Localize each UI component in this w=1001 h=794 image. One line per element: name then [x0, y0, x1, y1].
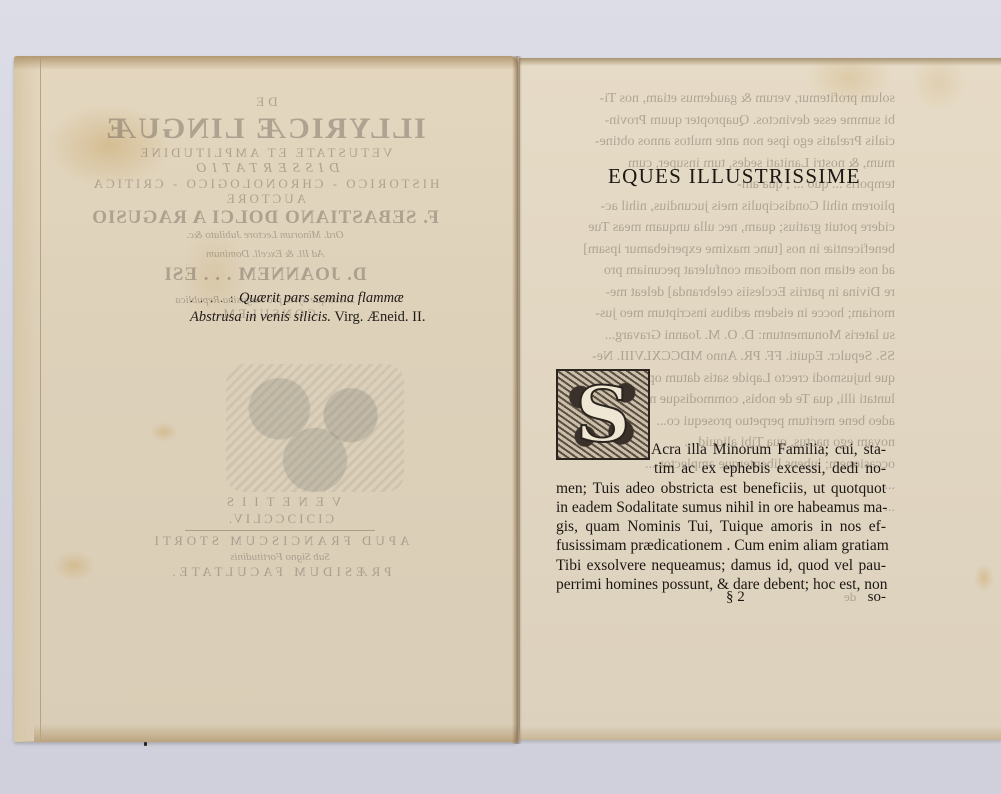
bleed-through-ornament	[226, 364, 404, 492]
bleed-rule	[185, 530, 375, 531]
quote-source: Virg. Æneid. II.	[334, 309, 425, 325]
catchword: so-	[868, 589, 886, 606]
quote-line-1: Quærit pars semina flammæ	[239, 290, 404, 306]
signature-mark: § 2	[726, 589, 745, 606]
open-book: DE ILLYRICÆ LINGUÆ VETUSTATE ET AMPLITUD…	[0, 0, 1001, 794]
bleed-line: VENETIIS	[110, 494, 450, 511]
bleed-line: moriam; hocce in eisdem ædibus inscriptu…	[565, 303, 895, 325]
bleed-line: DISSERTATIO	[85, 161, 445, 177]
bleed-line: SS. Sepulcr. Equiti. FF. PR. Anno MDCCXL…	[565, 346, 895, 368]
bleed-line: VETUSTATE ET AMPLITUDINE	[85, 146, 445, 161]
body-line: gis, quam Nominis Tui, Tuique amoris in …	[556, 517, 886, 536]
body-line: in eadem Sodalitate sumus nihil in ore h…	[556, 498, 886, 517]
body-line: fusissimam prædicationem . Cum enim alia…	[556, 536, 886, 555]
bleed-line: DE	[85, 95, 445, 110]
bleed-catchword: de	[844, 589, 856, 605]
bleed-line: HISTORICO - CHRONOLOGICO - CRITICA	[85, 177, 445, 192]
dedication-heading: EQUES ILLUSTRISSIME	[608, 164, 861, 189]
bleed-line: cidere potuit gratius; quam, nec ulla un…	[565, 217, 895, 239]
left-page-worn-edge	[34, 724, 518, 742]
bleed-line: Sub Signo Fortitudinis	[110, 550, 450, 564]
bleed-line: CIƆIƆCCLIV.	[110, 511, 450, 528]
bleed-line: beneficentiæ in nos [tunc maxime experie…	[565, 239, 895, 261]
virgil-quotation: . . . . : Quærit pars semina flammæ Abst…	[190, 289, 425, 327]
bleed-line: bi summe esse devinctos. Quapropter quum…	[565, 110, 895, 132]
ink-speck	[144, 742, 147, 746]
bleed-line: re Divina in patriis Ecclesiis celebrand…	[565, 282, 895, 304]
book-gutter	[512, 56, 522, 744]
bleed-line: pliorem nihil Condiscipulis meis jucundi…	[565, 196, 895, 218]
body-line: Acra illa Minorum Familia; cui, sta-	[556, 440, 886, 459]
bleed-line: F. SEBASTIANO DOLCI A RAGUSIO	[85, 207, 445, 229]
body-line: tim ac ex ephebis excessi, dedi no-	[556, 459, 886, 478]
bleed-line: AUCTORE	[85, 192, 445, 207]
bleed-line: solum profitemur, verum & gaudemus etiam…	[565, 88, 895, 110]
bleed-through-title-page: DE ILLYRICÆ LINGUÆ VETUSTATE ET AMPLITUD…	[85, 95, 445, 322]
dedication-body: Acra illa Minorum Familia; cui, sta- tim…	[556, 440, 886, 594]
bleed-line: ad nos etiam non modicam confulerat pecu…	[565, 260, 895, 282]
bleed-line: D. JOANNEM . . . ESI	[85, 264, 445, 286]
page-footer: § 2 de so-	[556, 589, 886, 607]
ellipsis-dots: . . . . :	[190, 291, 235, 305]
bleed-line: Ad Ill. & Excell. Dominum	[85, 248, 445, 261]
right-page-worn-edge	[519, 726, 1001, 740]
bleed-line: su lateris Monumentum: D. O. M. Joanni G…	[565, 325, 895, 347]
bleed-line: Ord. Minorum Lectore Jubilato &c.	[85, 229, 445, 242]
bleed-line: PRÆSIDUM FACULTATE.	[110, 564, 450, 581]
bleed-line: ILLYRICÆ LINGUÆ	[85, 112, 445, 147]
bleed-line: cialis Prælatis ego ipse non ante multos…	[565, 131, 895, 153]
body-line: Tibi exsolvere nequeamus; damus id, quod…	[556, 556, 886, 575]
bleed-through-imprint: VENETIIS CIƆIƆCCLIV. APUD FRANCISCUM STO…	[110, 494, 450, 581]
quote-line-2: Abstrusa in venis silicis.	[190, 309, 331, 325]
body-line: men; Tuis adeo obstricta est beneficiis,…	[556, 479, 886, 498]
bleed-line: APUD FRANCISCUM STORTI	[110, 533, 450, 550]
